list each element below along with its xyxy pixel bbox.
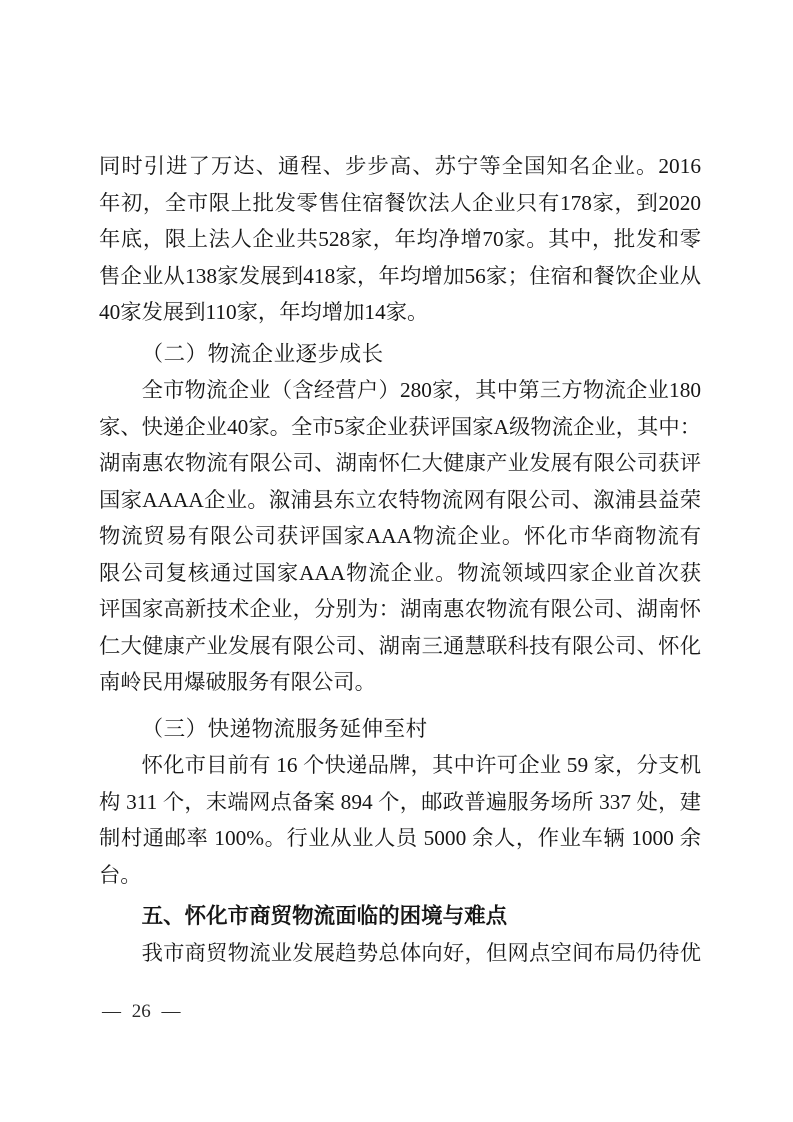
page-number: — 26 — [102, 1000, 181, 1024]
text-line: 售企业从138家发展到418家，年均增加56家；住宿和餐饮企业从 [99, 258, 701, 295]
document-page: 同时引进了万达、通程、步步高、苏宁等全国知名企业。2016年初，全市限上批发零售… [0, 0, 793, 1122]
paragraph-logistics-enterprises: 全市物流企业（含经营户）280家，其中第三方物流企业180家、快递企业40家。全… [99, 372, 701, 701]
subsection-heading-express-delivery: （三）快递物流服务延伸至村 [99, 711, 701, 748]
text-line: 年初，全市限上批发零售住宿餐饮法人企业只有178家，到2020 [99, 185, 701, 222]
text-line: 五、怀化市商贸物流面临的困境与难点 [99, 898, 701, 935]
text-line: 限公司复核通过国家AAA物流企业。物流领域四家企业首次获 [99, 555, 701, 592]
text-line: 南岭民用爆破服务有限公司。 [99, 664, 701, 701]
text-line: （三）快递物流服务延伸至村 [99, 711, 701, 748]
text-line: 评国家高新技术企业，分别为：湖南惠农物流有限公司、湖南怀 [99, 591, 701, 628]
text-line: 我市商贸物流业发展趋势总体向好，但网点空间布局仍待优 [99, 935, 701, 972]
text-line: 国家AAAA企业。溆浦县东立农特物流网有限公司、溆浦县益荣 [99, 482, 701, 519]
page-content: 同时引进了万达、通程、步步高、苏宁等全国知名企业。2016年初，全市限上批发零售… [99, 148, 701, 971]
paragraph-trend-overview: 我市商贸物流业发展趋势总体向好，但网点空间布局仍待优 [99, 935, 701, 972]
text-line: 家、快递企业40家。全市5家企业获评国家A级物流企业，其中： [99, 409, 701, 446]
section-heading-difficulties: 五、怀化市商贸物流面临的困境与难点 [99, 898, 701, 935]
text-line: 怀化市目前有 16 个快递品牌，其中许可企业 59 家，分支机 [99, 747, 701, 784]
text-line: 40家发展到110家，年均增加14家。 [99, 294, 701, 331]
text-line: 全市物流企业（含经营户）280家，其中第三方物流企业180 [99, 372, 701, 409]
text-line: 物流贸易有限公司获评国家AAA物流企业。怀化市华商物流有 [99, 518, 701, 555]
paragraph-intro-continued: 同时引进了万达、通程、步步高、苏宁等全国知名企业。2016年初，全市限上批发零售… [99, 148, 701, 331]
text-line: 湖南惠农物流有限公司、湖南怀仁大健康产业发展有限公司获评 [99, 445, 701, 482]
text-line: （二）物流企业逐步成长 [99, 336, 701, 373]
subsection-heading-logistics-enterprises: （二）物流企业逐步成长 [99, 336, 701, 373]
text-line: 台。 [99, 857, 701, 894]
text-line: 构 311 个，末端网点备案 894 个，邮政普遍服务场所 337 处，建 [99, 784, 701, 821]
text-line: 仁大健康产业发展有限公司、湖南三通慧联科技有限公司、怀化 [99, 628, 701, 665]
paragraph-express-delivery: 怀化市目前有 16 个快递品牌，其中许可企业 59 家，分支机构 311 个，末… [99, 747, 701, 893]
text-line: 同时引进了万达、通程、步步高、苏宁等全国知名企业。2016 [99, 148, 701, 185]
text-line: 年底，限上法人企业共528家，年均净增70家。其中，批发和零 [99, 221, 701, 258]
text-line: 制村通邮率 100%。行业从业人员 5000 余人，作业车辆 1000 余 [99, 820, 701, 857]
